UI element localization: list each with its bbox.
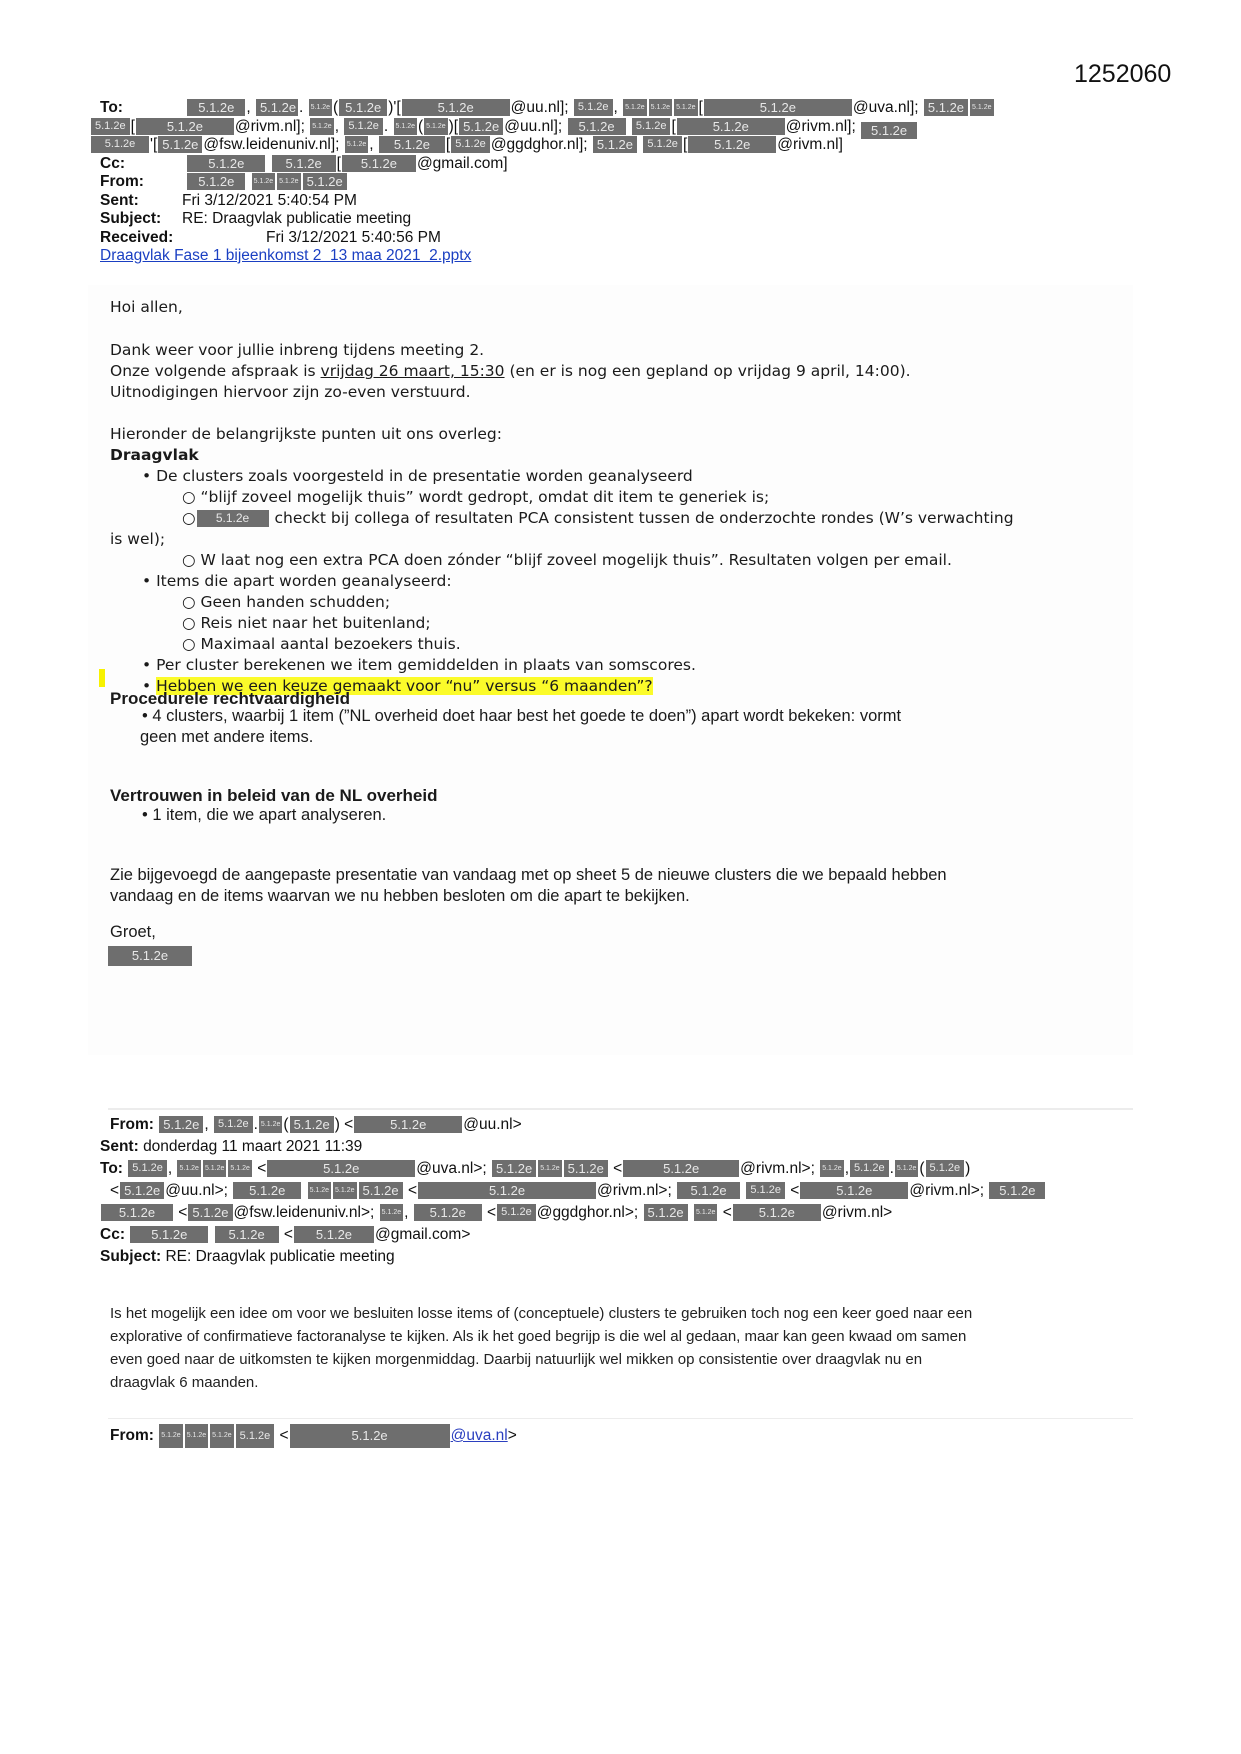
redaction: 5.1.2e [187, 99, 245, 116]
redaction: 5.1.2e [130, 1226, 208, 1243]
sub-bullet-item: ○ Maximaal aantal bezoekers thuis. [182, 634, 461, 655]
redaction: 5.1.2e [214, 1116, 253, 1133]
received-row: Received:Fri 3/12/2021 5:40:56 PM [100, 229, 1100, 248]
cc-label: Cc: [100, 1226, 125, 1243]
redaction: 5.1.2e [623, 1160, 739, 1177]
bullet-item: • Per cluster berekenen we item gemiddel… [142, 655, 696, 676]
bullet-item: • Items die apart worden geanalyseerd: [142, 571, 452, 592]
from-label: From: [110, 1427, 154, 1444]
paragraph: Dank weer voor jullie inbreng tijdens me… [110, 340, 484, 361]
to-domain: @uva.nl>; [416, 1160, 486, 1177]
intro: Hieronder de belangrijkste punten uit on… [110, 424, 502, 445]
bullet-text: De clusters zoals voorgesteld in de pres… [156, 467, 693, 485]
redaction: 5.1.2e [733, 1204, 821, 1221]
separator [108, 1108, 1133, 1110]
redaction: 5.1.2e [593, 136, 637, 153]
redaction: 5.1.2e [91, 118, 130, 135]
redaction: 5.1.2e [308, 1182, 331, 1199]
document-id: 1252060 [1074, 60, 1171, 89]
redaction: 5.1.2e [459, 118, 503, 135]
signoff: Groet, [110, 922, 156, 943]
to-domain: @ggdghor.nl>; [537, 1204, 639, 1221]
redaction: 5.1.2e [688, 136, 776, 153]
text: Onze volgende afspraak is [110, 362, 321, 380]
from-row: From: 5.1.2e 5.1.2e5.1.2e5.1.2e [100, 173, 1100, 192]
bullet-text: Items die apart worden geanalyseerd: [156, 572, 451, 590]
to-row: To: 5.1.2e, 5.1.2e. 5.1.2e(5.1.2e)'[5.1.… [100, 99, 1100, 118]
msg2-paragraph: explorative of confirmatieve factoranaly… [110, 1325, 966, 1348]
redaction: 5.1.2e [187, 173, 245, 190]
sub-bullet-cont: is wel); [110, 529, 165, 550]
to-domain: @rivm.nl>; [909, 1182, 984, 1199]
redaction: 5.1.2e [568, 118, 626, 135]
redaction: 5.1.2e [108, 946, 192, 966]
to-domain: @uu.nl>; [165, 1182, 228, 1199]
message-body: Hoi allen, Dank weer voor jullie inbreng… [88, 285, 1133, 1055]
redaction: 5.1.2e [424, 118, 447, 135]
redaction: 5.1.2e [210, 1424, 233, 1448]
redaction: 5.1.2e [345, 136, 368, 153]
msg2-cc-row: Cc: 5.1.2e 5.1.2e <5.1.2e@gmail.com> [100, 1224, 470, 1245]
redaction: 5.1.2e [259, 1116, 282, 1133]
bullet-text: W laat nog een extra PCA doen zónder “bl… [200, 551, 951, 569]
attachment-link[interactable]: Draagvlak Fase 1 bijeenkomst 2 13 maa 20… [100, 247, 471, 264]
redaction: 5.1.2e [233, 1182, 301, 1199]
email-header: To: 5.1.2e, 5.1.2e. 5.1.2e(5.1.2e)'[5.1.… [100, 99, 1100, 266]
closing-paragraph: vandaag en de items waarvan we nu hebben… [110, 886, 690, 907]
cc-domain: @gmail.com] [417, 155, 508, 172]
redaction: 5.1.2e [632, 118, 671, 135]
from-label: From: [110, 1116, 154, 1133]
redaction: 5.1.2e [414, 1204, 482, 1221]
redaction: 5.1.2e [136, 118, 234, 135]
redaction: 5.1.2e [677, 118, 785, 135]
redaction: 5.1.2e [101, 1204, 173, 1221]
from-email-link[interactable]: @uva.nl [451, 1427, 508, 1444]
to-row-3: 5.1.2e'[5.1.2e@fsw.leidenuniv.nl]; 5.1.2… [90, 136, 1090, 155]
msg2-to-row: To: 5.1.2e, 5.1.2e5.1.2e5.1.2e <5.1.2e@u… [100, 1158, 970, 1179]
redaction: 5.1.2e [339, 99, 387, 116]
redaction: 5.1.2e [970, 99, 993, 116]
msg2-to-row-3: 5.1.2e <5.1.2e@fsw.leidenuniv.nl>; 5.1.2… [100, 1202, 892, 1223]
to-label: To: [100, 99, 182, 118]
redaction: 5.1.2e [649, 99, 672, 116]
redaction: 5.1.2e [402, 99, 510, 116]
redaction: 5.1.2e [310, 118, 333, 135]
redaction: 5.1.2e [128, 1160, 167, 1177]
redaction: 5.1.2e [159, 1424, 182, 1448]
redaction: 5.1.2e [290, 1116, 334, 1133]
redaction: 5.1.2e [674, 99, 697, 116]
msg2-from-row: From: 5.1.2e, 5.1.2e.5.1.2e(5.1.2e) <5.1… [110, 1114, 522, 1135]
redaction: 5.1.2e [380, 1204, 403, 1221]
meeting-date: vrijdag 26 maart, 15:30 [321, 362, 505, 380]
msg2-paragraph: draagvlak 6 maanden. [110, 1371, 258, 1394]
bullet-text: Geen handen schudden; [200, 593, 390, 611]
subject-label: Subject: [100, 210, 182, 229]
redaction: 5.1.2e [850, 1160, 889, 1177]
to-domain: @uu.nl]; [504, 118, 562, 135]
to-domain: @rivm.nl]; [786, 118, 856, 135]
redaction: 5.1.2e [623, 99, 646, 116]
bullet-text: 4 clusters, waarbij 1 item (”NL overheid… [152, 707, 901, 725]
bullet-text: “blijf zoveel mogelijk thuis” wordt gedr… [200, 488, 769, 506]
redaction: 5.1.2e [303, 173, 347, 190]
closing-paragraph: Zie bijgevoegd de aangepaste presentatie… [110, 865, 947, 886]
redaction: 5.1.2e [228, 1160, 251, 1177]
to-domain: @rivm.nl> [822, 1204, 892, 1221]
redaction: 5.1.2e [290, 1424, 450, 1448]
msg2-paragraph: even goed naar de uitkomsten te kijken m… [110, 1348, 922, 1371]
redaction: 5.1.2e [895, 1160, 918, 1177]
to-domain: @rivm.nl]; [235, 118, 305, 135]
to-label: To: [100, 1160, 123, 1177]
redaction: 5.1.2e [359, 1182, 403, 1199]
from-label: From: [100, 173, 182, 192]
bullet-text: 1 item, die we apart analyseren. [152, 806, 386, 824]
to-domain: @rivm.nl>; [597, 1182, 672, 1199]
redaction: 5.1.2e [418, 1182, 596, 1199]
cc-row: Cc: 5.1.2e 5.1.2e[5.1.2e@gmail.com] [100, 155, 1100, 174]
redaction: 5.1.2e [91, 136, 149, 153]
to-domain: @rivm.nl>; [740, 1160, 815, 1177]
highlight-marker [99, 669, 105, 687]
redaction: 5.1.2e [294, 1226, 374, 1243]
bullet-item: • 4 clusters, waarbij 1 item (”NL overhe… [142, 706, 901, 727]
redaction: 5.1.2e [344, 118, 383, 135]
redaction: 5.1.2e [820, 1160, 843, 1177]
to-domain: @uu.nl]; [511, 99, 569, 116]
subject-value: RE: Draagvlak publicatie meeting [182, 210, 411, 227]
redaction: 5.1.2e [497, 1204, 536, 1221]
section-title-vertrouwen: Vertrouwen in beleid van de NL overheid [110, 785, 438, 806]
sent-value: Fri 3/12/2021 5:40:54 PM [182, 192, 357, 209]
signature: 5.1.2e [107, 945, 193, 966]
redaction: 5.1.2e [643, 136, 682, 153]
redaction: 5.1.2e [354, 1116, 462, 1133]
redaction: 5.1.2e [746, 1182, 785, 1199]
cc-domain: @gmail.com> [375, 1226, 470, 1243]
sent-value: donderdag 11 maart 2021 11:39 [143, 1138, 362, 1155]
bullet-text: Reis niet naar het buitenland; [200, 614, 430, 632]
subject-label: Subject: [100, 1248, 161, 1265]
text: (en er is nog een gepland op vrijdag 9 a… [505, 362, 911, 380]
greeting: Hoi allen, [110, 297, 183, 318]
msg3-from-row: From: 5.1.2e5.1.2e5.1.2e5.1.2e <5.1.2e@u… [110, 1424, 517, 1448]
to-domain: @rivm.nl] [777, 136, 843, 153]
redaction: 5.1.2e [252, 173, 275, 190]
redaction: 5.1.2e [694, 1204, 717, 1221]
to-domain: @uva.nl]; [853, 99, 919, 116]
section-title-draagvlak: Draagvlak [110, 445, 199, 466]
to-domain: @fsw.leidenuniv.nl>; [234, 1204, 375, 1221]
redaction: 5.1.2e [203, 1160, 226, 1177]
redaction: 5.1.2e [215, 1226, 279, 1243]
bullet-text: Maximaal aantal bezoekers thuis. [200, 635, 460, 653]
sent-label: Sent: [100, 1138, 139, 1155]
separator [108, 1418, 1133, 1419]
to-domain: @ggdghor.nl]; [491, 136, 588, 153]
redaction: 5.1.2e [309, 99, 332, 116]
sub-bullet-item: ○5.1.2e checkt bij collega of resultaten… [182, 508, 1014, 529]
redaction: 5.1.2e [120, 1182, 164, 1199]
subject-row: Subject:RE: Draagvlak publicatie meeting [100, 210, 1100, 229]
bullet-item: • 1 item, die we apart analyseren. [142, 805, 386, 826]
sub-bullet-item: ○ “blijf zoveel mogelijk thuis” wordt ge… [182, 487, 769, 508]
redaction: 5.1.2e [379, 136, 445, 153]
redaction: 5.1.2e [197, 510, 269, 527]
redaction: 5.1.2e [272, 155, 336, 172]
redaction: 5.1.2e [333, 1182, 356, 1199]
redaction: 5.1.2e [236, 1424, 275, 1448]
redaction: 5.1.2e [574, 99, 613, 116]
bullet-item: • De clusters zoals voorgesteld in de pr… [142, 466, 693, 487]
redaction: 5.1.2e [187, 155, 265, 172]
redaction: 5.1.2e [159, 1116, 203, 1133]
to-domain: @fsw.leidenuniv.nl]; [203, 136, 339, 153]
msg2-subject-row: Subject: RE: Draagvlak publicatie meetin… [100, 1246, 395, 1267]
received-value: Fri 3/12/2021 5:40:56 PM [266, 229, 441, 246]
redaction: 5.1.2e [342, 155, 416, 172]
redaction: 5.1.2e [644, 1204, 688, 1221]
redaction: 5.1.2e [564, 1160, 608, 1177]
attachment-row: Draagvlak Fase 1 bijeenkomst 2 13 maa 20… [100, 247, 1100, 266]
subject-value: RE: Draagvlak publicatie meeting [165, 1248, 394, 1265]
redaction: 5.1.2e [492, 1160, 536, 1177]
received-label: Received: [100, 229, 266, 248]
redaction: 5.1.2e [394, 118, 417, 135]
redaction: 5.1.2e [677, 1182, 740, 1199]
redaction: 5.1.2e [989, 1182, 1045, 1199]
bullet-text: Per cluster berekenen we item gemiddelde… [156, 656, 696, 674]
msg2-to-row-2: <5.1.2e@uu.nl>; 5.1.2e 5.1.2e5.1.2e5.1.2… [110, 1180, 1046, 1201]
sub-bullet-item: ○ W laat nog een extra PCA doen zónder “… [182, 550, 952, 571]
from-domain: @uu.nl> [463, 1116, 521, 1133]
redaction: 5.1.2e [188, 1204, 232, 1221]
redaction: 5.1.2e [177, 1160, 200, 1177]
redaction: 5.1.2e [158, 136, 202, 153]
redaction: 5.1.2e [538, 1160, 561, 1177]
sent-row: Sent:Fri 3/12/2021 5:40:54 PM [100, 192, 1100, 211]
redaction: 5.1.2e [451, 136, 490, 153]
cc-label: Cc: [100, 155, 182, 174]
redaction: 5.1.2e [924, 99, 968, 116]
paragraph: Onze volgende afspraak is vrijdag 26 maa… [110, 361, 911, 382]
redaction: 5.1.2e [277, 173, 300, 190]
redaction: 5.1.2e [800, 1182, 908, 1199]
redaction: 5.1.2e [256, 99, 298, 116]
sent-label: Sent: [100, 192, 182, 211]
redaction: 5.1.2e [267, 1160, 415, 1177]
redaction: 5.1.2e [185, 1424, 208, 1448]
redaction: 5.1.2e [926, 1160, 965, 1177]
paragraph: Uitnodigingen hiervoor zijn zo-even vers… [110, 382, 471, 403]
sub-bullet-item: ○ Geen handen schudden; [182, 592, 390, 613]
to-row-2: 5.1.2e[5.1.2e@rivm.nl]; 5.1.2e, 5.1.2e. … [90, 118, 1090, 137]
msg2-paragraph: Is het mogelijk een idee om voor we besl… [110, 1302, 972, 1325]
sub-bullet-item: ○ Reis niet naar het buitenland; [182, 613, 431, 634]
msg2-sent-row: Sent: donderdag 11 maart 2021 11:39 [100, 1136, 362, 1157]
bullet-cont: geen met andere items. [140, 727, 313, 748]
bullet-text: checkt bij collega of resultaten PCA con… [274, 509, 1013, 527]
redaction: 5.1.2e [704, 99, 852, 116]
